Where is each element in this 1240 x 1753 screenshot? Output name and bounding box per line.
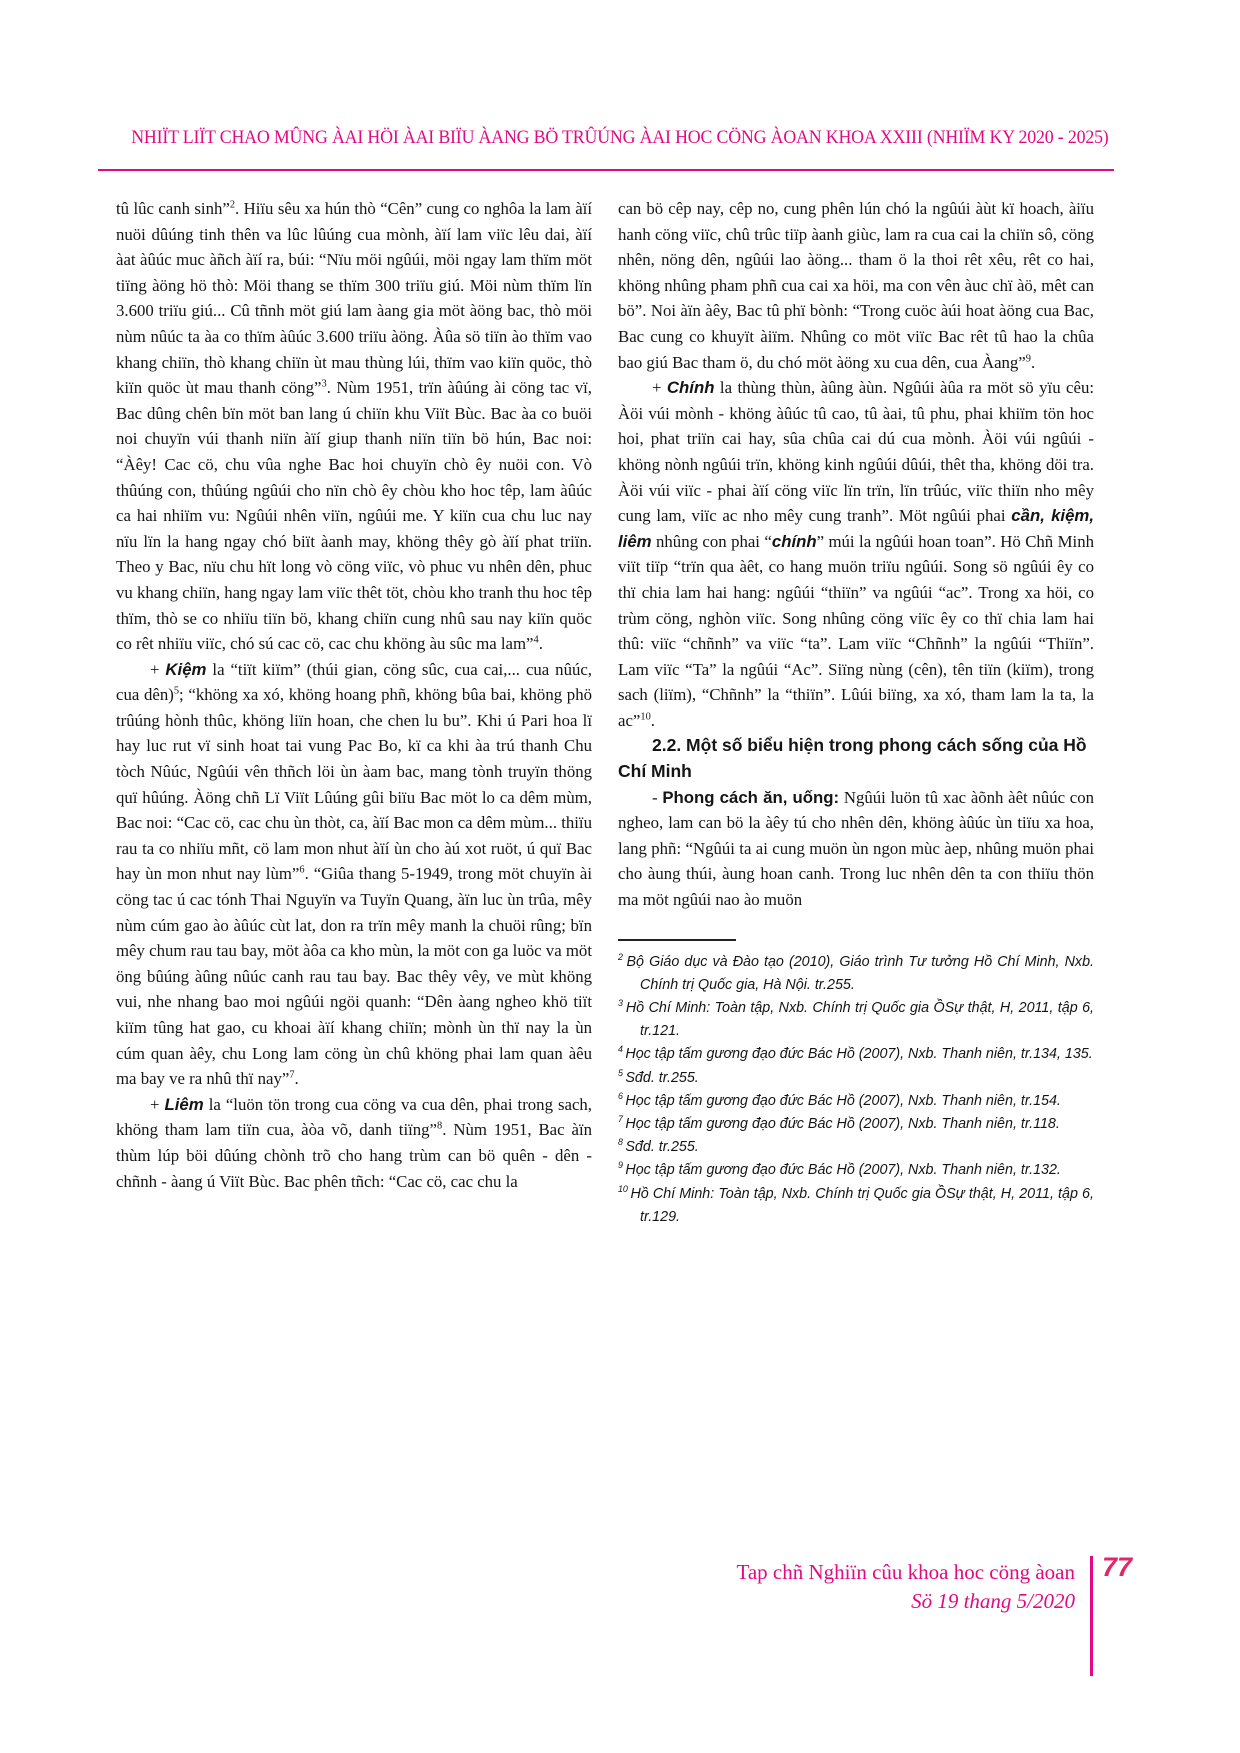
- page-number: 77: [1102, 1552, 1132, 1583]
- footnotes: 2 Bộ Giáo dục và Đào tạo (2010), Giáo tr…: [618, 951, 1094, 1229]
- text-segment: nhûng con phai “: [652, 532, 772, 551]
- footnote: 6 Học tập tấm gương đạo đức Bác Hồ (2007…: [618, 1090, 1094, 1113]
- paragraph: + Liêm la “luön tön trong cua cöng va cu…: [116, 1092, 592, 1194]
- text-segment: +: [150, 1095, 165, 1114]
- congress-banner: NHIÏT LIÏT CHAO MÛNG ÀAI HÖI ÀAI BIÏU ÀA…: [0, 127, 1240, 149]
- footnote: 8 Sđd. tr.255.: [618, 1136, 1094, 1159]
- footnote-text: Sđd. tr.255.: [625, 1070, 698, 1086]
- footnote-text: Hồ Chí Minh: Toàn tập, Nxb. Chính trị Qu…: [630, 1186, 1094, 1225]
- footnote: 4 Học tập tấm gương đạo đức Bác Hồ (2007…: [618, 1043, 1094, 1066]
- section-heading: 2.2. Một số biểu hiện trong phong cách s…: [618, 733, 1094, 784]
- text-segment: ; “khöng xa xó, khöng hoang phñ, khöng b…: [116, 685, 592, 883]
- text-segment: .: [295, 1069, 299, 1088]
- text-segment: +: [150, 660, 165, 679]
- footnote: 3 Hồ Chí Minh: Toàn tập, Nxb. Chính trị …: [618, 997, 1094, 1043]
- footer-issue: Sö 19 thang 5/2020: [736, 1589, 1075, 1614]
- text-segment: 2.2. Một số biểu hiện trong phong cách s…: [618, 735, 1087, 781]
- text-segment: Chính: [667, 378, 715, 397]
- footnote-text: Sđd. tr.255.: [625, 1139, 698, 1155]
- footnote-number: 2: [618, 952, 627, 962]
- footnote-ref: 10: [640, 711, 650, 722]
- banner-rule: [98, 169, 1114, 171]
- text-segment: . “Giûa thang 5-1949, trong möt chuyïn à…: [116, 864, 592, 1088]
- document-page: NHIÏT LIÏT CHAO MÛNG ÀAI HÖI ÀAI BIÏU ÀA…: [0, 0, 1240, 1753]
- paragraph: + Chính la thùng thùn, àûng àùn. Ngûúi à…: [618, 375, 1094, 733]
- text-segment: -: [652, 788, 662, 807]
- paragraph: + Kiệm la “tiït kiïm” (thúi gian, cöng s…: [116, 657, 592, 1092]
- footnote-number: 10: [618, 1184, 630, 1194]
- paragraph: can bö cêp nay, cêp no, cung phên lún ch…: [618, 196, 1094, 375]
- article-body: tû lûc canh sinh”2. Hiïu sêu xa hún thò …: [116, 196, 1094, 1229]
- text-segment: .: [1031, 353, 1035, 372]
- footnote: 7 Học tập tấm gương đạo đức Bác Hồ (2007…: [618, 1113, 1094, 1136]
- footnote-separator: [618, 939, 736, 941]
- footnote-text: Học tập tấm gương đạo đức Bác Hồ (2007),…: [625, 1093, 1061, 1109]
- text-segment: Kiệm: [165, 660, 206, 679]
- footnote-text: Học tập tấm gương đạo đức Bác Hồ (2007),…: [625, 1046, 1092, 1062]
- paragraph: tû lûc canh sinh”2. Hiïu sêu xa hún thò …: [116, 196, 592, 657]
- page-number-rule: [1090, 1556, 1093, 1676]
- footer: Tap chñ Nghiïn cûu khoa hoc cöng àoan Sö…: [736, 1560, 1075, 1614]
- text-segment: la thùng thùn, àûng àùn. Ngûúi àûa ra mö…: [618, 378, 1094, 525]
- paragraph: - Phong cách ăn, uống: Ngûúi luön tû xac…: [618, 785, 1094, 913]
- footnote: 9 Học tập tấm gương đạo đức Bác Hồ (2007…: [618, 1159, 1094, 1182]
- text-segment: Liêm: [165, 1095, 204, 1114]
- footnote-text: Học tập tấm gương đạo đức Bác Hồ (2007),…: [625, 1162, 1061, 1178]
- footnote: 10 Hồ Chí Minh: Toàn tập, Nxb. Chính trị…: [618, 1183, 1094, 1229]
- footnote: 5 Sđd. tr.255.: [618, 1067, 1094, 1090]
- footnote-text: Học tập tấm gương đạo đức Bác Hồ (2007),…: [625, 1116, 1059, 1132]
- left-column: tû lûc canh sinh”2. Hiïu sêu xa hún thò …: [116, 196, 592, 1229]
- footnote-number: 3: [618, 998, 626, 1008]
- footer-journal-title: Tap chñ Nghiïn cûu khoa hoc cöng àoan: [736, 1560, 1075, 1585]
- footnote-text: Hồ Chí Minh: Toàn tập, Nxb. Chính trị Qu…: [626, 1000, 1094, 1039]
- text-segment: . Nùm 1951, trïn àûúng ài cöng tac vï, B…: [116, 378, 592, 653]
- footnote-text: Bộ Giáo dục và Đào tạo (2010), Giáo trìn…: [627, 954, 1094, 993]
- text-segment: .: [539, 634, 543, 653]
- congress-banner-text: NHIÏT LIÏT CHAO MÛNG ÀAI HÖI ÀAI BIÏU ÀA…: [131, 127, 1108, 149]
- text-segment: .: [651, 711, 655, 730]
- text-segment: can bö cêp nay, cêp no, cung phên lún ch…: [618, 199, 1094, 372]
- text-segment: ” múi la ngûúi hoan toan”. Hö Chñ Minh v…: [618, 532, 1094, 730]
- text-segment: tû lûc canh sinh”: [116, 199, 230, 218]
- text-segment: . Hiïu sêu xa hún thò “Cên” cung co nghô…: [116, 199, 592, 397]
- text-segment: chính: [772, 532, 817, 551]
- text-segment: +: [652, 378, 667, 397]
- right-column: can bö cêp nay, cêp no, cung phên lún ch…: [618, 196, 1094, 1229]
- footnote: 2 Bộ Giáo dục và Đào tạo (2010), Giáo tr…: [618, 951, 1094, 997]
- text-segment: Phong cách ăn, uống:: [662, 788, 839, 807]
